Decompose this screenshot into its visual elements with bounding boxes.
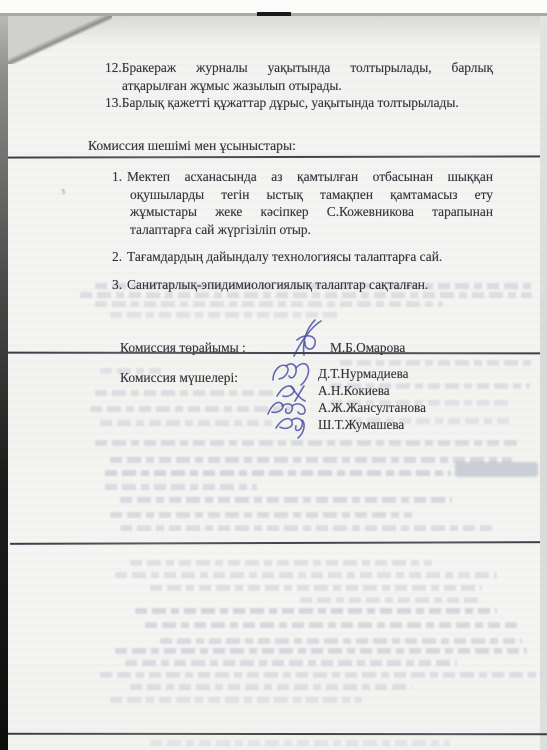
item-text: Мектеп асханасында аз қамтылған отбасына… bbox=[127, 169, 493, 237]
list-item: 2.Тағамдардың дайындалу технологиясы тал… bbox=[112, 248, 493, 266]
bleedthrough-line bbox=[110, 457, 512, 463]
bleedthrough-line bbox=[115, 648, 527, 654]
members-label: Комиссия мүшелері: bbox=[120, 370, 238, 386]
list-item: 3.Санитарлық-эпидимиологиялық талаптар с… bbox=[112, 276, 493, 294]
bleedthrough-line bbox=[105, 484, 257, 490]
signature-chair bbox=[284, 318, 328, 365]
item-text: Барлық қажетті құжаттар дұрыс, уақытында… bbox=[122, 95, 459, 110]
bleedthrough-line bbox=[100, 672, 542, 678]
commission-decisions-list: 1.Мектеп асханасында аз қамтылған отбасы… bbox=[112, 168, 493, 304]
member-name: А.Ж.Жансултанова bbox=[318, 400, 426, 417]
list-item: 12.Бракераж журналы уақытында толтырылад… bbox=[105, 59, 493, 94]
scanner-right-border bbox=[540, 16, 547, 750]
bleedthrough-line bbox=[135, 608, 497, 614]
list-item: 13.Барлық қажетті құжаттар дұрыс, уақыты… bbox=[105, 94, 493, 112]
bleedthrough-line bbox=[150, 585, 482, 591]
bleedthrough-line bbox=[150, 740, 450, 746]
member-name: Ш.Т.Жумашева bbox=[318, 417, 426, 434]
item-number: 1. bbox=[112, 169, 122, 184]
item-text: Тағамдардың дайындалу технологиясы талап… bbox=[127, 249, 442, 264]
scanned-document-page: 12.Бракераж журналы уақытында толтырылад… bbox=[0, 0, 547, 750]
bleedthrough-line bbox=[120, 497, 452, 503]
list-item: 1.Мектеп асханасында аз қамтылған отбасы… bbox=[112, 168, 493, 238]
item-text: Санитарлық-эпидимиологиялық талаптар сақ… bbox=[127, 277, 428, 292]
bleedthrough-blob bbox=[455, 462, 538, 477]
bleedthrough-line bbox=[130, 560, 432, 566]
bleedthrough-line bbox=[100, 420, 272, 426]
section-heading: Комиссия шешімі мен ұсыныстары: bbox=[88, 138, 296, 154]
bleedthrough-line bbox=[110, 697, 362, 703]
item-number: 2. bbox=[112, 249, 122, 264]
bleedthrough-line bbox=[125, 660, 457, 666]
inspection-items-list: 12.Бракераж журналы уақытында толтырылад… bbox=[105, 59, 493, 112]
member-names-list: Д.Т.Нурмадиева А.Н.Кокиева А.Ж.Жансултан… bbox=[318, 366, 426, 434]
bleedthrough-line bbox=[105, 470, 451, 476]
page-corner-fold bbox=[8, 16, 112, 64]
member-name: Д.Т.Нурмадиева bbox=[318, 366, 426, 383]
item-number: 3. bbox=[112, 277, 122, 292]
item-number: 12. bbox=[105, 60, 122, 75]
bleedthrough-line bbox=[300, 597, 482, 603]
bleedthrough-line bbox=[145, 622, 517, 628]
bleedthrough-line bbox=[160, 638, 522, 644]
scanner-top-edge-mark bbox=[257, 12, 291, 16]
scanner-left-border bbox=[0, 16, 8, 750]
bleedthrough-line bbox=[90, 406, 292, 412]
member-name: А.Н.Кокиева bbox=[318, 383, 426, 400]
item-number: 13. bbox=[105, 95, 122, 110]
item-text: Бракераж журналы уақытында толтырылады, … bbox=[122, 60, 493, 93]
bleedthrough-line bbox=[115, 572, 497, 578]
signature-member-4 bbox=[272, 414, 312, 445]
bleedthrough-line bbox=[120, 525, 492, 531]
bleedthrough-line bbox=[130, 684, 412, 690]
bleedthrough-line bbox=[95, 390, 277, 396]
bleedthrough-line bbox=[110, 512, 412, 518]
